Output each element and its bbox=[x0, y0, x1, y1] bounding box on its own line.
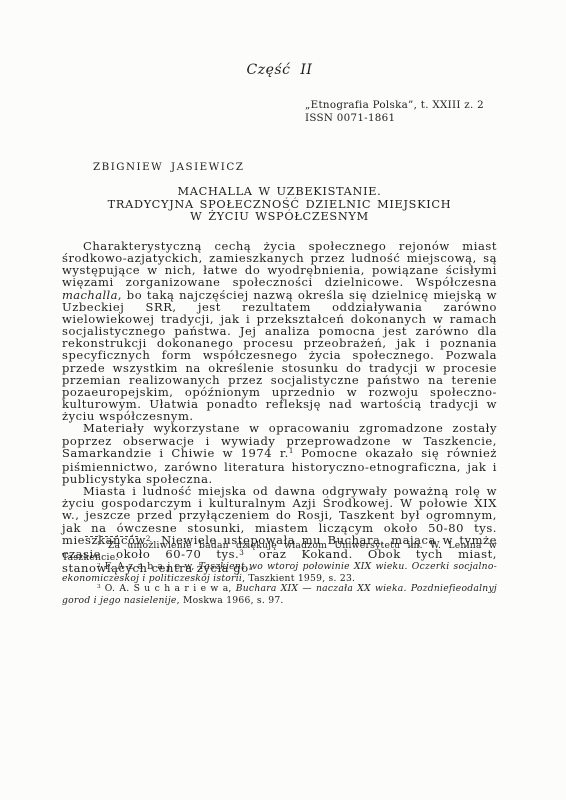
footnote-marker: 1 bbox=[97, 541, 101, 547]
part-label: Część II bbox=[62, 62, 497, 78]
footnotes-list: 1 Za umożliwienie badań dziękuję władzom… bbox=[62, 541, 497, 605]
article-title-line-1: MACHALLA W UZBEKISTANIE. bbox=[62, 186, 497, 199]
author-name: ZBIGNIEW JASIEWICZ bbox=[93, 161, 244, 173]
footnote: 2 F. A z a b a j e w, Taszkient wo wtoro… bbox=[62, 562, 497, 583]
footnote-separator bbox=[85, 536, 138, 537]
footnote-marker: 1 bbox=[289, 446, 294, 455]
footnote: 3 O. A. S u c h a r i e w a, Buchara XIX… bbox=[62, 584, 497, 605]
text-run: , bo taką najczęściej nazwą określa się … bbox=[62, 288, 497, 424]
text-run: F. A z a b a j e w, bbox=[101, 561, 199, 572]
body-paragraphs: Charakterystyczną cechą życia społeczneg… bbox=[62, 240, 497, 574]
article-title-line-3: W ŻYCIU WSPÓŁCZESNYM bbox=[62, 211, 497, 224]
footnote-marker: 2 bbox=[97, 563, 101, 569]
journal-title-line: „Etnografia Polska”, t. XXIII z. 2 bbox=[305, 99, 484, 112]
text-run: Za umożliwienie badań dziękuję władzom U… bbox=[62, 540, 497, 563]
journal-issn-line: ISSN 0071-1861 bbox=[305, 112, 484, 125]
paragraph: Charakterystyczną cechą życia społeczneg… bbox=[62, 240, 497, 422]
article-title: MACHALLA W UZBEKISTANIE. TRADYCYJNA SPOŁ… bbox=[62, 186, 497, 224]
footnote: 1 Za umożliwienie badań dziękuję władzom… bbox=[62, 541, 497, 562]
text-run: Charakterystyczną cechą życia społeczneg… bbox=[62, 239, 497, 289]
text-run: , Moskwa 1966, s. 97. bbox=[177, 595, 284, 606]
journal-reference: „Etnografia Polska”, t. XXIII z. 2 ISSN … bbox=[305, 99, 484, 125]
footnote-marker: 3 bbox=[97, 584, 101, 590]
paragraph: Materiały wykorzystane w opracowaniu zgr… bbox=[62, 422, 497, 485]
text-run: O. A. S u c h a r i e w a, bbox=[101, 583, 236, 594]
document-page: Część II „Etnografia Polska”, t. XXIII z… bbox=[0, 0, 566, 800]
